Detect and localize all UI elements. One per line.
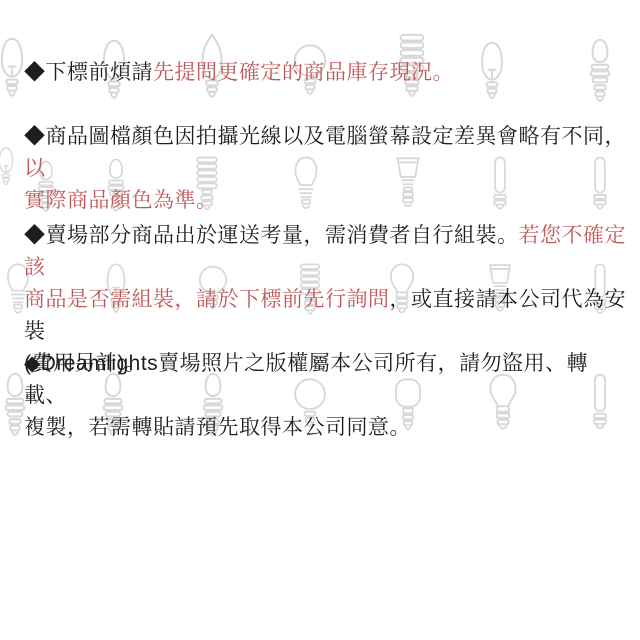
- text-segment: ◆商品圖檔顏色因拍攝光線以及電腦螢幕設定差異會略有不同，: [24, 125, 626, 148]
- text-segment: ◆Dreamlights賣場照片之版權屬本公司所有，請勿盜用、轉載、: [24, 352, 588, 407]
- text-segment: 複製，若需轉貼請預先取得本公司同意。: [24, 416, 411, 439]
- text-segment: 先提問更確定的商品庫存現況。: [153, 61, 454, 84]
- copyright-notice: ◆Dreamlights賣場照片之版權屬本公司所有，請勿盜用、轉載、複製，若需轉…: [24, 348, 628, 444]
- pre-order-stock-notice: ◆下標前煩請先提問更確定的商品庫存現況。: [24, 57, 628, 89]
- text-segment: 以: [24, 157, 46, 180]
- text-segment: 商品是否需組裝，請於下標前先行詢問: [24, 288, 390, 311]
- text-segment: 實際商品顏色為準。: [24, 189, 218, 212]
- text-segment: ◆賣場部分商品出於運送考量，需消費者自行組裝。: [24, 224, 519, 247]
- text-segment: ◆下標前煩請: [24, 61, 153, 84]
- notice-text-area: ◆下標前煩請先提問更確定的商品庫存現況。◆商品圖檔顏色因拍攝光線以及電腦螢幕設定…: [0, 0, 640, 640]
- seller-notice-page: ◆下標前煩請先提問更確定的商品庫存現況。◆商品圖檔顏色因拍攝光線以及電腦螢幕設定…: [0, 0, 640, 640]
- color-difference-notice: ◆商品圖檔顏色因拍攝光線以及電腦螢幕設定差異會略有不同，以實際商品顏色為準。: [24, 121, 628, 217]
